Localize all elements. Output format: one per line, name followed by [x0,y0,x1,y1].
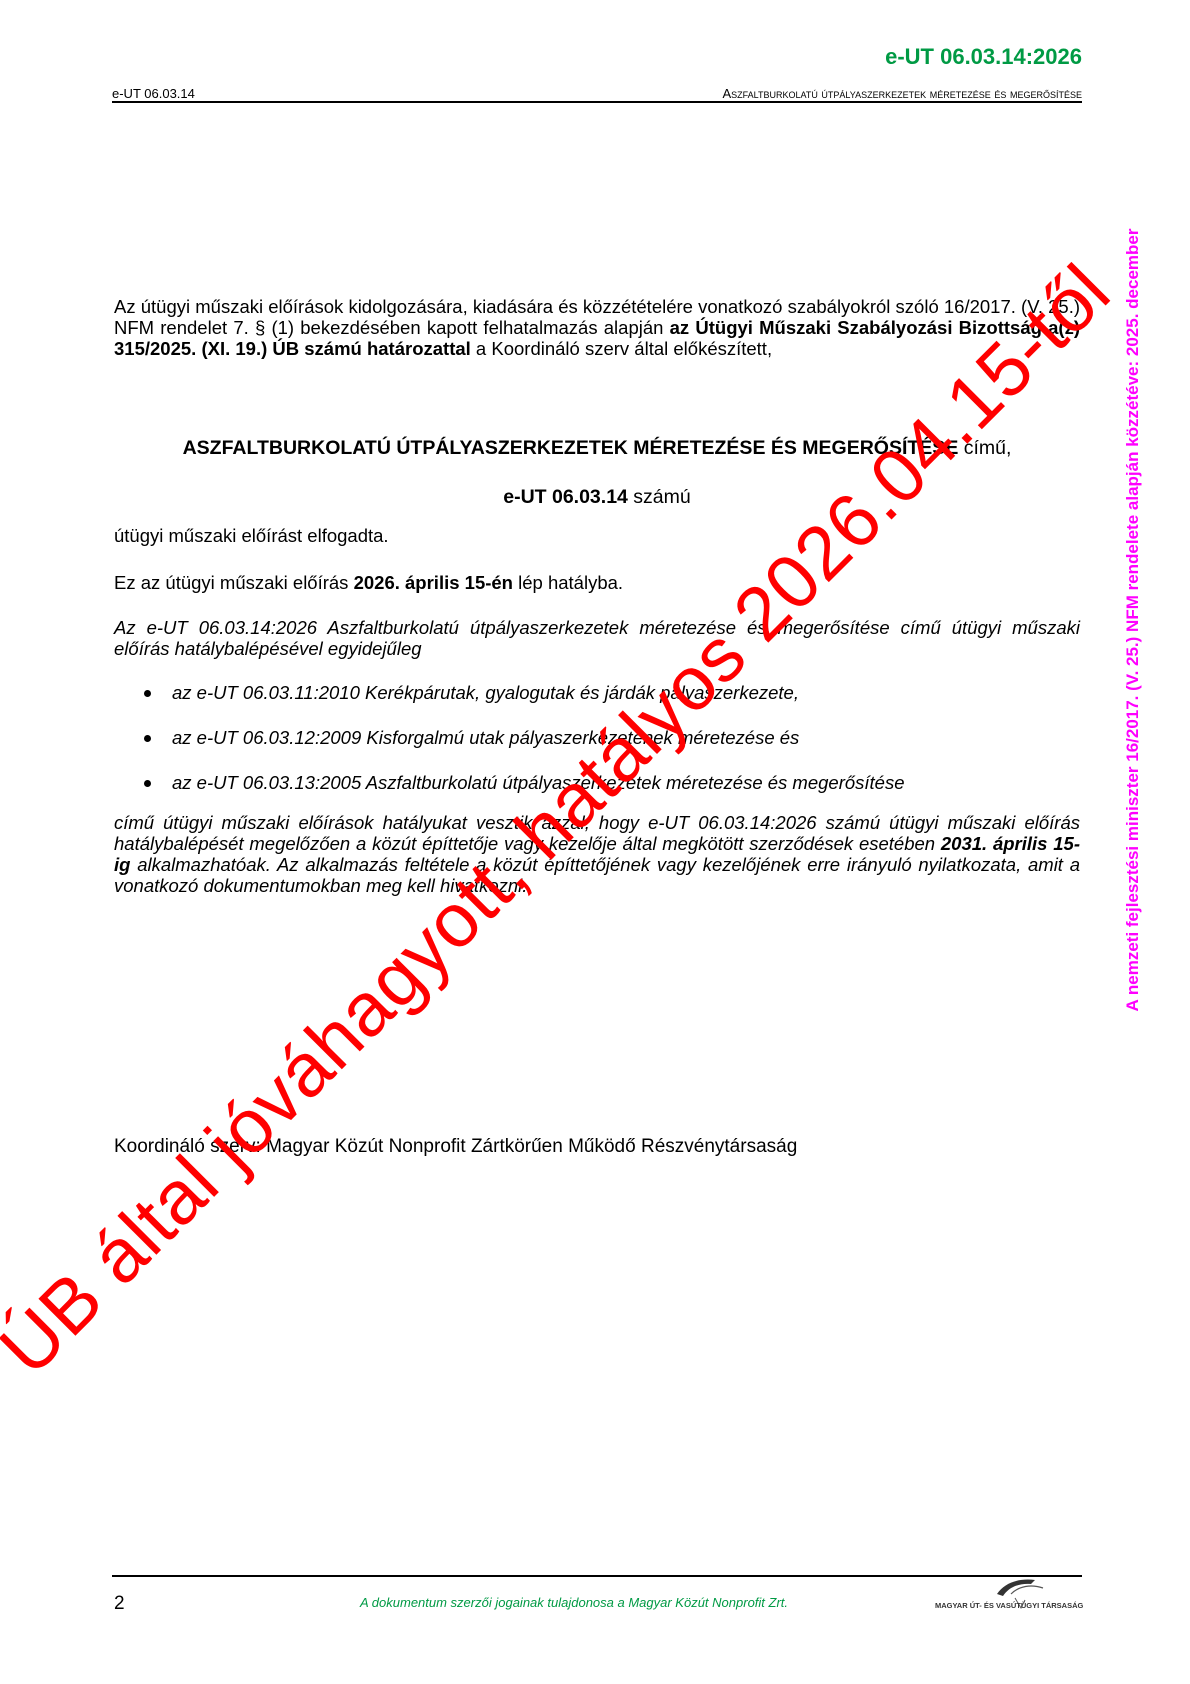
effective-date: 2026. április 15-én [354,572,513,593]
intro-paragraph: Az útügyi műszaki előírások kidolgozásár… [114,296,1080,359]
repeal-intro: Az e-UT 06.03.14:2026 Aszfaltburkolatú ú… [114,617,1080,659]
road-swoosh-icon [935,1572,1085,1618]
page-number: 2 [114,1593,125,1615]
document-code-top: e-UT 06.03.14:2026 [885,44,1082,70]
regulation-number-bold: e-UT 06.03.14 [503,486,628,508]
regulation-number-suffix: számú [628,486,691,508]
header-divider [112,101,1082,103]
bullet-icon [144,780,151,787]
logo-text: MAGYAR ÚT- ÉS VASÚTÜGYI TÁRSASÁG [935,1601,1083,1610]
running-header-code: e-UT 06.03.14 [112,86,195,101]
intro-text-end: a Koordináló szerv által előkészített, [471,338,772,359]
bullet-icon [144,735,151,742]
accepted-statement: útügyi műszaki előírást elfogadta. [114,525,389,546]
bullet-icon [144,690,151,697]
regulation-title-bold: ASZFALTBURKOLATÚ ÚTPÁLYASZERKEZETEK MÉRE… [183,437,959,459]
effective-text-end: lép hatályba. [513,572,623,593]
closing-text-end: alkalmazhatóak. Az alkalmazás feltétele … [114,854,1080,896]
effective-text: Ez az útügyi műszaki előírás [114,572,354,593]
society-logo: MAGYAR ÚT- ÉS VASÚTÜGYI TÁRSASÁG [935,1572,1085,1618]
running-header-title: Aszfaltburkolatú útpályaszerkezetek mére… [722,86,1082,101]
copyright-notice: A dokumentum szerzői jogainak tulajdonos… [360,1595,788,1610]
effective-date-statement: Ez az útügyi műszaki előírás 2026. ápril… [114,572,623,593]
publication-side-note: A nemzeti fejlesztési miniszter 16/2017.… [1123,229,1143,1012]
